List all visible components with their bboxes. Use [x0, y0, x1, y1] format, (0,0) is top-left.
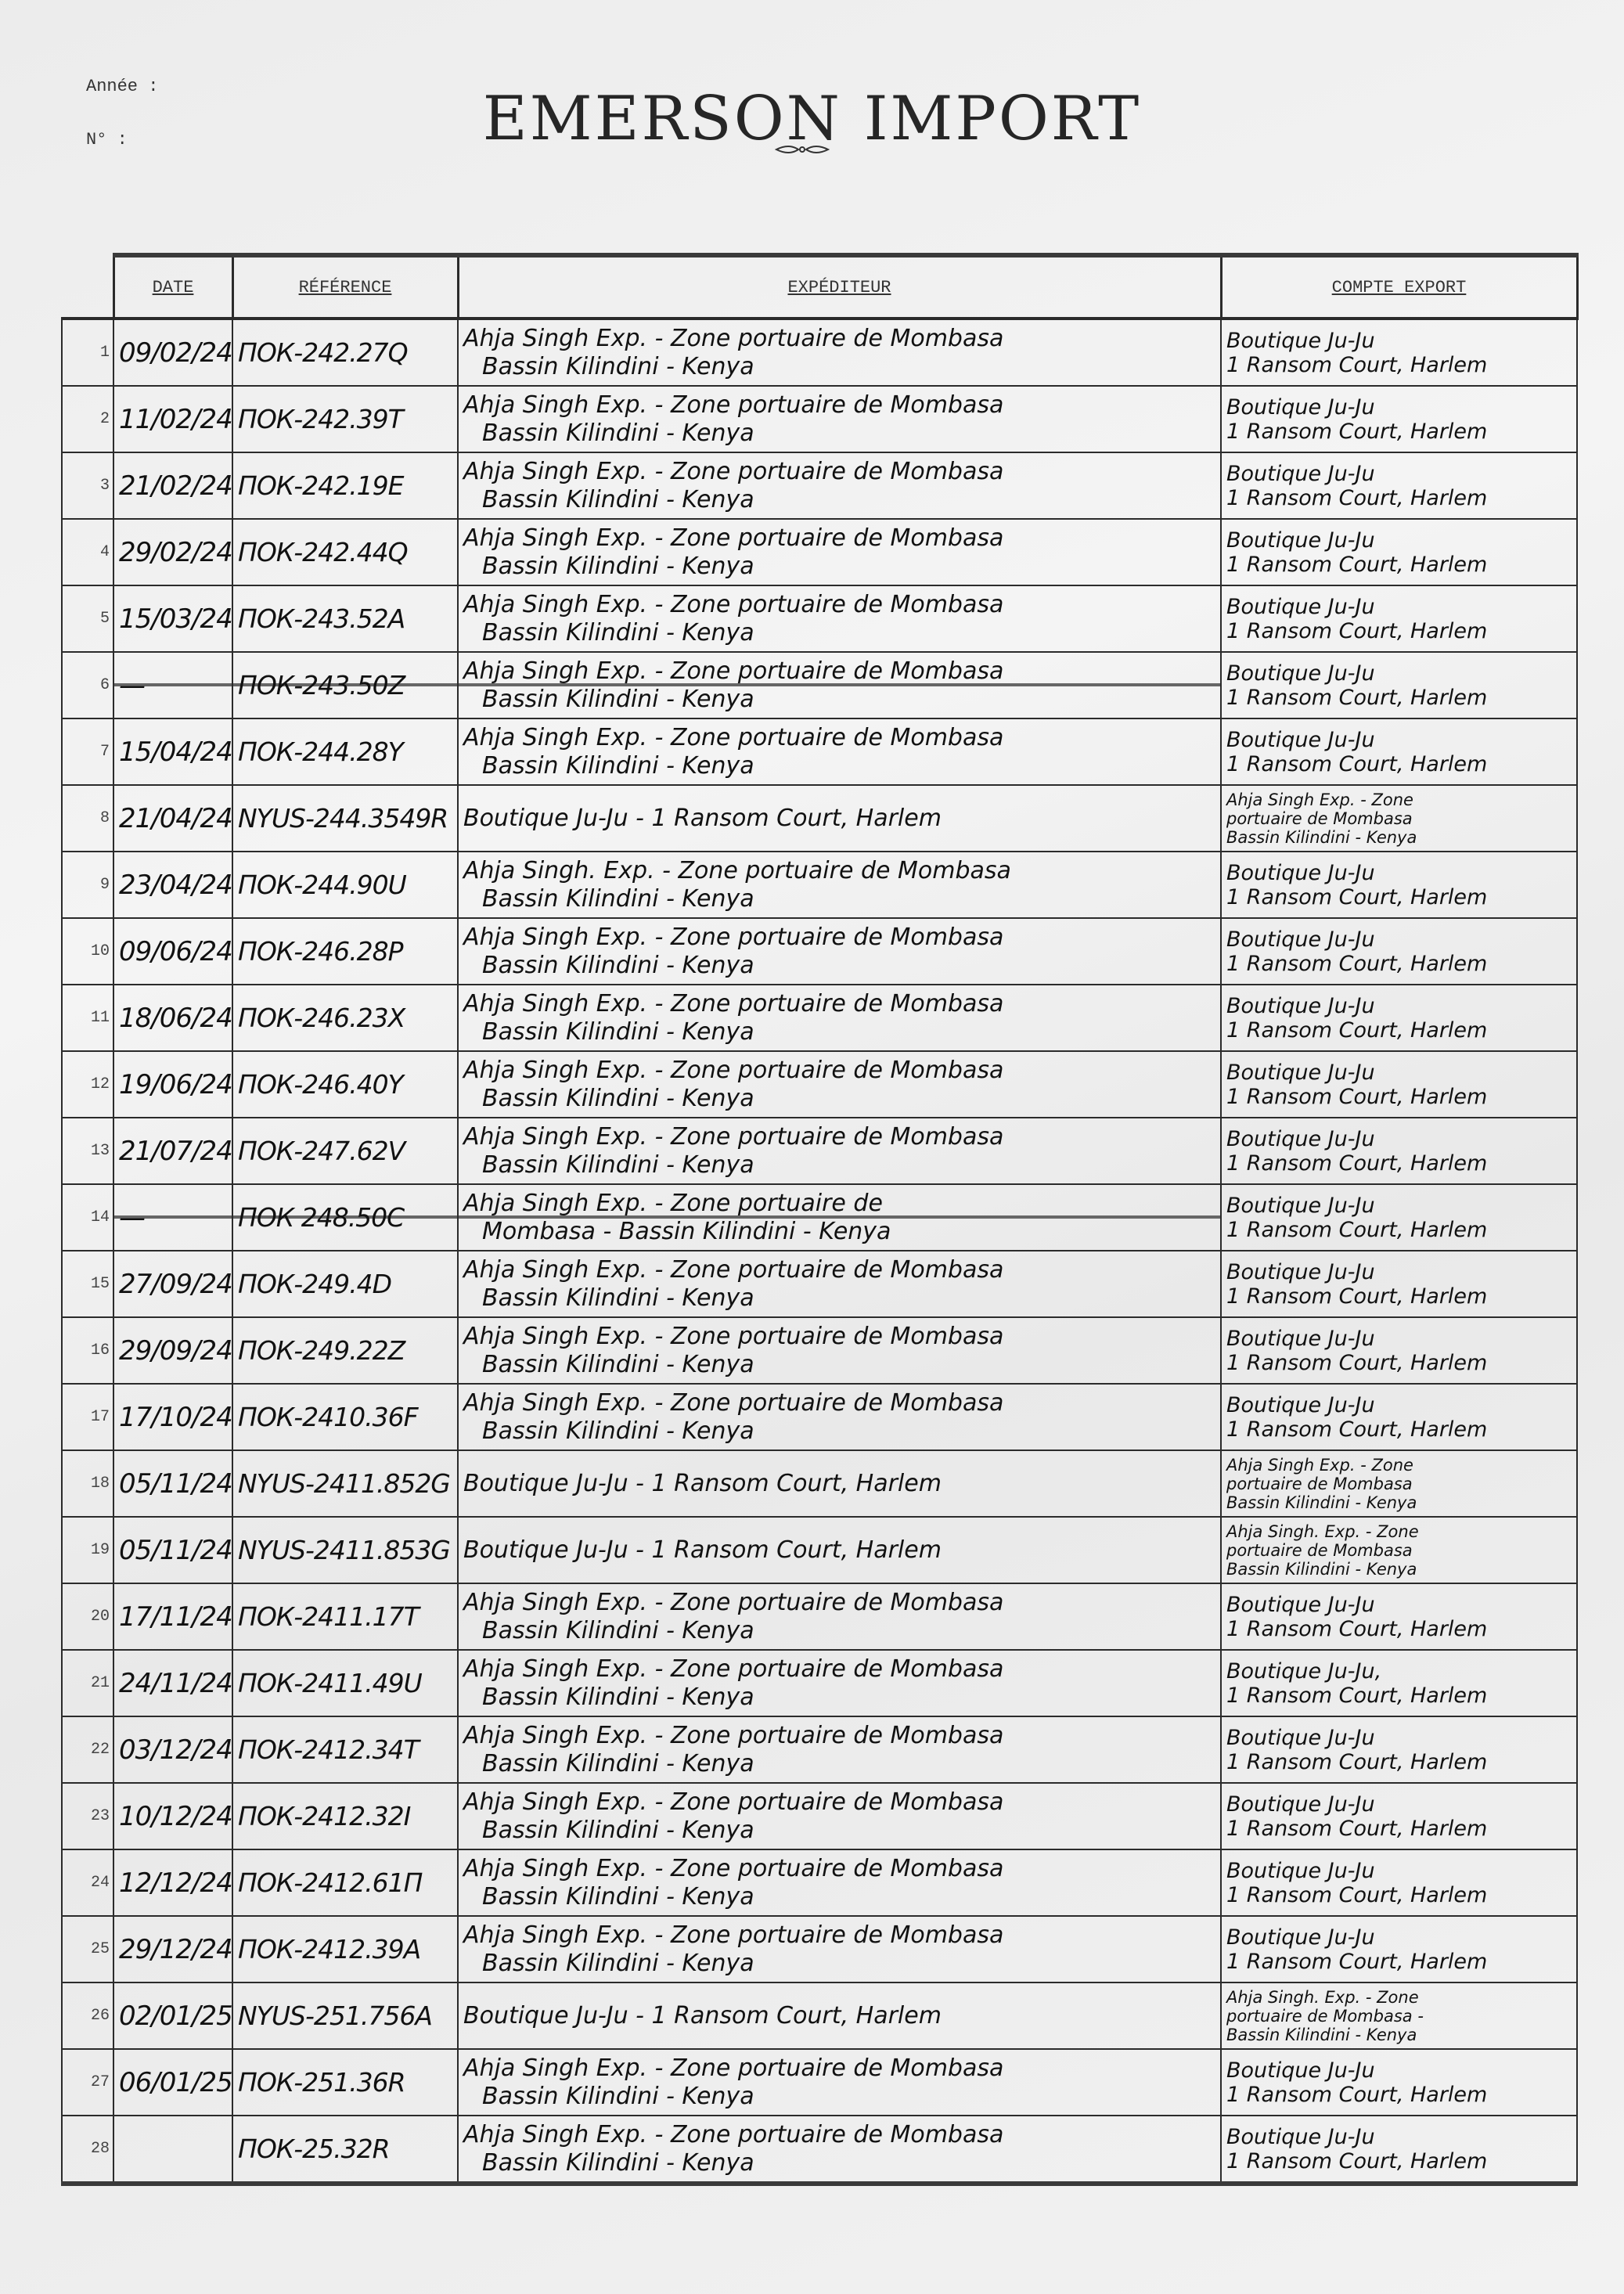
row-number: 21 — [62, 1650, 113, 1716]
row-reference: ПОК-242.27Q — [232, 319, 458, 386]
row-date: 03/12/24 — [113, 1716, 232, 1783]
row-number: 22 — [62, 1716, 113, 1783]
row-date: 12/12/24 — [113, 1849, 232, 1916]
row-expediteur: Ahja Singh Exp. - Zone portuaire de Momb… — [458, 918, 1221, 985]
row-date: — — [113, 652, 232, 718]
row-reference: ПОК-246.28P — [232, 918, 458, 985]
expediteur-line-2: Bassin Kilindini - Kenya — [463, 1284, 1215, 1313]
row-expediteur: Ahja Singh Exp. - Zone portuaire de Momb… — [458, 1849, 1221, 1916]
expediteur-line-1: Ahja Singh. Exp. - Zone portuaire de Mom… — [463, 857, 1011, 884]
row-date: 15/03/24 — [113, 585, 232, 652]
row-expediteur: Ahja Singh Exp. - Zone portuaire de Momb… — [458, 1251, 1221, 1317]
row-date: 24/11/24 — [113, 1650, 232, 1716]
table-row: 2412/12/24ПОК-2412.61ПAhja Singh Exp. - … — [62, 1849, 1577, 1916]
expediteur-line-2: Bassin Kilindini - Kenya — [463, 2149, 1215, 2177]
row-date: 05/11/24 — [113, 1517, 232, 1583]
row-number: 8 — [62, 785, 113, 852]
row-compte-export: Boutique Ju-Ju 1 Ransom Court, Harlem — [1221, 1051, 1577, 1118]
expediteur-line-1: Ahja Singh Exp. - Zone portuaire de Momb… — [463, 2121, 1003, 2148]
row-compte-export: Boutique Ju-Ju 1 Ransom Court, Harlem — [1221, 585, 1577, 652]
row-date — [113, 2116, 232, 2184]
row-date: 15/04/24 — [113, 718, 232, 785]
expediteur-line-2: Bassin Kilindini - Kenya — [463, 1617, 1215, 1645]
row-expediteur: Ahja Singh Exp. - Zone portuaire de Momb… — [458, 1051, 1221, 1118]
row-reference: ПОК-243.50Z — [232, 652, 458, 718]
row-compte-export: Boutique Ju-Ju 1 Ransom Court, Harlem — [1221, 985, 1577, 1051]
expediteur-line-1: Ahja Singh Exp. - Zone portuaire de Momb… — [463, 1655, 1003, 1683]
row-reference: ПОК-2411.17T — [232, 1583, 458, 1650]
row-date: 05/11/24 — [113, 1450, 232, 1517]
row-number: 3 — [62, 452, 113, 519]
row-number: 2 — [62, 386, 113, 452]
table-row: 429/02/24ПОК-242.44QAhja Singh Exp. - Zo… — [62, 519, 1577, 585]
expediteur-line-2: Bassin Kilindini - Kenya — [463, 885, 1215, 913]
expediteur-line-2: Mombasa - Bassin Kilindini - Kenya — [463, 1218, 1215, 1246]
row-date: 29/02/24 — [113, 519, 232, 585]
expediteur-line-1: Boutique Ju-Ju - 1 Ransom Court, Harlem — [463, 1536, 942, 1564]
row-number: 23 — [62, 1783, 113, 1849]
table-row: 1009/06/24ПОК-246.28PAhja Singh Exp. - Z… — [62, 918, 1577, 985]
row-compte-export: Ahja Singh Exp. - Zone portuaire de Momb… — [1221, 1450, 1577, 1517]
row-compte-export: Boutique Ju-Ju 1 Ransom Court, Harlem — [1221, 1118, 1577, 1184]
row-compte-export: Boutique Ju-Ju 1 Ransom Court, Harlem — [1221, 519, 1577, 585]
table-row: 2706/01/25ПОК-251.36RAhja Singh Exp. - Z… — [62, 2049, 1577, 2116]
row-number: 7 — [62, 718, 113, 785]
row-expediteur: Boutique Ju-Ju - 1 Ransom Court, Harlem — [458, 1517, 1221, 1583]
row-number: 17 — [62, 1384, 113, 1450]
expediteur-line-1: Ahja Singh Exp. - Zone portuaire de Momb… — [463, 1921, 1003, 1949]
expediteur-line-1: Ahja Singh Exp. - Zone portuaire de Momb… — [463, 724, 1003, 751]
row-expediteur: Ahja Singh Exp. - Zone portuaire de Momb… — [458, 1916, 1221, 1982]
table-row: 1219/06/24ПОК-246.40YAhja Singh Exp. - Z… — [62, 1051, 1577, 1118]
table-row: 821/04/24NYUS-244.3549RBoutique Ju-Ju - … — [62, 785, 1577, 852]
row-compte-export: Boutique Ju-Ju 1 Ransom Court, Harlem — [1221, 652, 1577, 718]
table-row: 1118/06/24ПОК-246.23XAhja Singh Exp. - Z… — [62, 985, 1577, 1051]
table-row: 2017/11/24ПОК-2411.17TAhja Singh Exp. - … — [62, 1583, 1577, 1650]
row-date: 29/12/24 — [113, 1916, 232, 1982]
row-expediteur: Ahja Singh Exp. - Zone portuaire de Momb… — [458, 1118, 1221, 1184]
row-number: 9 — [62, 852, 113, 918]
table-row: 1321/07/24ПОК-247.62VAhja Singh Exp. - Z… — [62, 1118, 1577, 1184]
row-expediteur: Ahja Singh Exp. - Zone portuaire de Momb… — [458, 1716, 1221, 1783]
row-expediteur: Ahja Singh Exp. - Zone portuaire de Momb… — [458, 1783, 1221, 1849]
row-compte-export: Boutique Ju-Ju 1 Ransom Court, Harlem — [1221, 1716, 1577, 1783]
expediteur-line-2: Bassin Kilindini - Kenya — [463, 1750, 1215, 1778]
row-reference: NYUS-251.756A — [232, 1982, 458, 2049]
expediteur-line-1: Ahja Singh Exp. - Zone portuaire de Momb… — [463, 391, 1003, 419]
row-expediteur: Ahja Singh. Exp. - Zone portuaire de Mom… — [458, 852, 1221, 918]
row-date: 17/10/24 — [113, 1384, 232, 1450]
ledger-body: 109/02/24ПОК-242.27QAhja Singh Exp. - Zo… — [62, 319, 1577, 2184]
row-compte-export: Boutique Ju-Ju 1 Ransom Court, Harlem — [1221, 452, 1577, 519]
expediteur-line-1: Ahja Singh Exp. - Zone portuaire de Momb… — [463, 1589, 1003, 1616]
table-header-row: DATE RÉFÉRENCE EXPÉDITEUR COMPTE EXPORT — [62, 255, 1577, 319]
expediteur-line-1: Ahja Singh Exp. - Zone portuaire de Momb… — [463, 325, 1003, 352]
expediteur-line-1: Boutique Ju-Ju - 1 Ransom Court, Harlem — [463, 2002, 942, 2029]
row-number: 15 — [62, 1251, 113, 1317]
row-date: 21/04/24 — [113, 785, 232, 852]
row-number: 1 — [62, 319, 113, 386]
row-compte-export: Boutique Ju-Ju 1 Ransom Court, Harlem — [1221, 852, 1577, 918]
row-reference: ПОК-243.52A — [232, 585, 458, 652]
row-date: 18/06/24 — [113, 985, 232, 1051]
row-compte-export: Boutique Ju-Ju 1 Ransom Court, Harlem — [1221, 2116, 1577, 2184]
row-compte-export: Boutique Ju-Ju 1 Ransom Court, Harlem — [1221, 1317, 1577, 1384]
expediteur-line-2: Bassin Kilindini - Kenya — [463, 1151, 1215, 1179]
expediteur-line-1: Ahja Singh Exp. - Zone portuaire de Momb… — [463, 2055, 1003, 2082]
row-compte-export: Boutique Ju-Ju 1 Ransom Court, Harlem — [1221, 319, 1577, 386]
row-date: 23/04/24 — [113, 852, 232, 918]
table-row: 2310/12/24ПОК-2412.32IAhja Singh Exp. - … — [62, 1783, 1577, 1849]
expediteur-line-1: Ahja Singh Exp. - Zone portuaire de Momb… — [463, 657, 1003, 685]
row-reference: ПОК-242.39T — [232, 386, 458, 452]
expediteur-line-1: Ahja Singh Exp. - Zone portuaire de Momb… — [463, 990, 1003, 1017]
expediteur-line-2: Bassin Kilindini - Kenya — [463, 2083, 1215, 2111]
row-reference: ПОК-249.22Z — [232, 1317, 458, 1384]
row-expediteur: Ahja Singh Exp. - Zone portuaire de Momb… — [458, 386, 1221, 452]
expediteur-line-2: Bassin Kilindini - Kenya — [463, 1684, 1215, 1712]
row-reference: ПОК-247.62V — [232, 1118, 458, 1184]
expediteur-line-1: Ahja Singh Exp. - Zone portuaire de Momb… — [463, 1722, 1003, 1749]
expediteur-line-2: Bassin Kilindini - Kenya — [463, 1950, 1215, 1978]
row-compte-export: Boutique Ju-Ju 1 Ransom Court, Harlem — [1221, 386, 1577, 452]
expediteur-line-1: Ahja Singh Exp. - Zone portuaire de Momb… — [463, 1788, 1003, 1816]
expediteur-line-1: Ahja Singh Exp. - Zone portuaire de — [463, 1190, 883, 1217]
row-compte-export: Boutique Ju-Ju 1 Ransom Court, Harlem — [1221, 1251, 1577, 1317]
row-expediteur: Ahja Singh Exp. - Zone portuaire deMomba… — [458, 1184, 1221, 1251]
row-number: 19 — [62, 1517, 113, 1583]
table-row: 2529/12/24ПОК-2412.39AAhja Singh Exp. - … — [62, 1916, 1577, 1982]
row-date: 02/01/25 — [113, 1982, 232, 2049]
expediteur-line-2: Bassin Kilindini - Kenya — [463, 553, 1215, 581]
expediteur-line-2: Bassin Kilindini - Kenya — [463, 1351, 1215, 1379]
column-header-compte-export: COMPTE EXPORT — [1221, 255, 1577, 319]
row-number: 6 — [62, 652, 113, 718]
expediteur-line-1: Ahja Singh Exp. - Zone portuaire de Momb… — [463, 1123, 1003, 1151]
row-reference: ПОК 248.50C — [232, 1184, 458, 1251]
row-compte-export: Boutique Ju-Ju 1 Ransom Court, Harlem — [1221, 1184, 1577, 1251]
row-expediteur: Ahja Singh Exp. - Zone portuaire de Momb… — [458, 585, 1221, 652]
row-number: 5 — [62, 585, 113, 652]
row-reference: ПОК-249.4D — [232, 1251, 458, 1317]
row-expediteur: Ahja Singh Exp. - Zone portuaire de Momb… — [458, 985, 1221, 1051]
row-reference: ПОК-2411.49U — [232, 1650, 458, 1716]
column-header-reference: RÉFÉRENCE — [232, 255, 458, 319]
row-expediteur: Ahja Singh Exp. - Zone portuaire de Momb… — [458, 1583, 1221, 1650]
table-row: 2124/11/24ПОК-2411.49UAhja Singh Exp. - … — [62, 1650, 1577, 1716]
row-expediteur: Ahja Singh Exp. - Zone portuaire de Momb… — [458, 2049, 1221, 2116]
row-number-header — [62, 255, 113, 319]
column-header-expediteur: EXPÉDITEUR — [458, 255, 1221, 319]
row-date: 06/01/25 — [113, 2049, 232, 2116]
row-reference: ПОК-244.28Y — [232, 718, 458, 785]
expediteur-line-2: Bassin Kilindini - Kenya — [463, 353, 1215, 381]
row-date: 10/12/24 — [113, 1783, 232, 1849]
row-number: 12 — [62, 1051, 113, 1118]
row-compte-export: Boutique Ju-Ju 1 Ransom Court, Harlem — [1221, 1916, 1577, 1982]
expediteur-line-1: Ahja Singh Exp. - Zone portuaire de Momb… — [463, 1256, 1003, 1284]
expediteur-line-2: Bassin Kilindini - Kenya — [463, 1085, 1215, 1113]
expediteur-line-2: Bassin Kilindini - Kenya — [463, 1883, 1215, 1911]
row-number: 18 — [62, 1450, 113, 1517]
row-reference: ПОК-25.32R — [232, 2116, 458, 2184]
expediteur-line-1: Ahja Singh Exp. - Zone portuaire de Momb… — [463, 1323, 1003, 1350]
row-date: — — [113, 1184, 232, 1251]
expediteur-line-1: Boutique Ju-Ju - 1 Ransom Court, Harlem — [463, 805, 942, 832]
table-row: 1905/11/24NYUS-2411.853GBoutique Ju-Ju -… — [62, 1517, 1577, 1583]
row-date: 17/11/24 — [113, 1583, 232, 1650]
row-expediteur: Ahja Singh Exp. - Zone portuaire de Momb… — [458, 1384, 1221, 1450]
table-row: 1629/09/24ПОК-249.22ZAhja Singh Exp. - Z… — [62, 1317, 1577, 1384]
expediteur-line-2: Bassin Kilindini - Kenya — [463, 486, 1215, 514]
table-row: 109/02/24ПОК-242.27QAhja Singh Exp. - Zo… — [62, 319, 1577, 386]
table-row: 211/02/24ПОК-242.39TAhja Singh Exp. - Zo… — [62, 386, 1577, 452]
row-reference: ПОК-2410.36F — [232, 1384, 458, 1450]
row-expediteur: Ahja Singh Exp. - Zone portuaire de Momb… — [458, 319, 1221, 386]
row-reference: ПОК-244.90U — [232, 852, 458, 918]
row-compte-export: Boutique Ju-Ju 1 Ransom Court, Harlem — [1221, 1583, 1577, 1650]
scroll-ornament-icon — [775, 143, 830, 156]
row-compte-export: Ahja Singh Exp. - Zone portuaire de Momb… — [1221, 785, 1577, 852]
import-ledger-table: DATE RÉFÉRENCE EXPÉDITEUR COMPTE EXPORT … — [61, 253, 1579, 2186]
row-date: 19/06/24 — [113, 1051, 232, 1118]
table-row: 2602/01/25NYUS-251.756ABoutique Ju-Ju - … — [62, 1982, 1577, 2049]
row-number: 25 — [62, 1916, 113, 1982]
row-compte-export: Boutique Ju-Ju 1 Ransom Court, Harlem — [1221, 918, 1577, 985]
expediteur-line-2: Bassin Kilindini - Kenya — [463, 752, 1215, 780]
row-number: 24 — [62, 1849, 113, 1916]
row-date: 21/02/24 — [113, 452, 232, 519]
row-compte-export: Ahja Singh. Exp. - Zone portuaire de Mom… — [1221, 1517, 1577, 1583]
expediteur-line-1: Ahja Singh Exp. - Zone portuaire de Momb… — [463, 524, 1003, 552]
row-reference: ПОК-246.23X — [232, 985, 458, 1051]
table-row: 515/03/24ПОК-243.52AAhja Singh Exp. - Zo… — [62, 585, 1577, 652]
row-number: 14 — [62, 1184, 113, 1251]
table-row: 1527/09/24ПОК-249.4DAhja Singh Exp. - Zo… — [62, 1251, 1577, 1317]
row-expediteur: Ahja Singh Exp. - Zone portuaire de Momb… — [458, 452, 1221, 519]
expediteur-line-2: Bassin Kilindini - Kenya — [463, 619, 1215, 647]
row-reference: ПОК-2412.34T — [232, 1716, 458, 1783]
row-expediteur: Ahja Singh Exp. - Zone portuaire de Momb… — [458, 2116, 1221, 2184]
row-compte-export: Boutique Ju-Ju 1 Ransom Court, Harlem — [1221, 1849, 1577, 1916]
expediteur-line-1: Ahja Singh Exp. - Zone portuaire de Momb… — [463, 1855, 1003, 1882]
row-number: 13 — [62, 1118, 113, 1184]
row-expediteur: Boutique Ju-Ju - 1 Ransom Court, Harlem — [458, 785, 1221, 852]
row-reference: ПОК-2412.61П — [232, 1849, 458, 1916]
row-date: 27/09/24 — [113, 1251, 232, 1317]
table-row: 1717/10/24ПОК-2410.36FAhja Singh Exp. - … — [62, 1384, 1577, 1450]
row-reference: ПОК-242.19E — [232, 452, 458, 519]
row-number: 26 — [62, 1982, 113, 2049]
table-row: 1805/11/24NYUS-2411.852GBoutique Ju-Ju -… — [62, 1450, 1577, 1517]
row-expediteur: Ahja Singh Exp. - Zone portuaire de Momb… — [458, 1317, 1221, 1384]
expediteur-line-2: Bassin Kilindini - Kenya — [463, 1817, 1215, 1845]
table-row: 715/04/24ПОК-244.28YAhja Singh Exp. - Zo… — [62, 718, 1577, 785]
row-compte-export: Boutique Ju-Ju 1 Ransom Court, Harlem — [1221, 1783, 1577, 1849]
expediteur-line-1: Ahja Singh Exp. - Zone portuaire de Momb… — [463, 1057, 1003, 1084]
row-number: 4 — [62, 519, 113, 585]
row-reference: ПОК-2412.32I — [232, 1783, 458, 1849]
column-header-date: DATE — [113, 255, 232, 319]
row-expediteur: Boutique Ju-Ju - 1 Ransom Court, Harlem — [458, 1982, 1221, 2049]
row-compte-export: Boutique Ju-Ju 1 Ransom Court, Harlem — [1221, 718, 1577, 785]
expediteur-line-1: Ahja Singh Exp. - Zone portuaire de Momb… — [463, 924, 1003, 951]
row-date: 09/02/24 — [113, 319, 232, 386]
expediteur-line-2: Bassin Kilindini - Kenya — [463, 1417, 1215, 1446]
expediteur-line-1: Ahja Singh Exp. - Zone portuaire de Momb… — [463, 458, 1003, 485]
expediteur-line-2: Bassin Kilindini - Kenya — [463, 1018, 1215, 1046]
row-number: 10 — [62, 918, 113, 985]
table-row: 28ПОК-25.32RAhja Singh Exp. - Zone portu… — [62, 2116, 1577, 2184]
row-reference: ПОК-251.36R — [232, 2049, 458, 2116]
row-compte-export: Ahja Singh. Exp. - Zone portuaire de Mom… — [1221, 1982, 1577, 2049]
row-expediteur: Boutique Ju-Ju - 1 Ransom Court, Harlem — [458, 1450, 1221, 1517]
row-reference: NYUS-2411.852G — [232, 1450, 458, 1517]
table-row: 6—ПОК-243.50ZAhja Singh Exp. - Zone port… — [62, 652, 1577, 718]
row-number: 16 — [62, 1317, 113, 1384]
row-number: 11 — [62, 985, 113, 1051]
expediteur-line-2: Bassin Kilindini - Kenya — [463, 686, 1215, 714]
row-reference: ПОК-246.40Y — [232, 1051, 458, 1118]
expediteur-line-1: Boutique Ju-Ju - 1 Ransom Court, Harlem — [463, 1470, 942, 1497]
row-compte-export: Boutique Ju-Ju, 1 Ransom Court, Harlem — [1221, 1650, 1577, 1716]
row-date: 09/06/24 — [113, 918, 232, 985]
row-number: 27 — [62, 2049, 113, 2116]
row-expediteur: Ahja Singh Exp. - Zone portuaire de Momb… — [458, 519, 1221, 585]
expediteur-line-2: Bassin Kilindini - Kenya — [463, 420, 1215, 448]
row-expediteur: Ahja Singh Exp. - Zone portuaire de Momb… — [458, 718, 1221, 785]
expediteur-line-1: Ahja Singh Exp. - Zone portuaire de Momb… — [463, 1389, 1003, 1417]
expediteur-line-2: Bassin Kilindini - Kenya — [463, 952, 1215, 980]
row-date: 11/02/24 — [113, 386, 232, 452]
row-expediteur: Ahja Singh Exp. - Zone portuaire de Momb… — [458, 1650, 1221, 1716]
row-date: 21/07/24 — [113, 1118, 232, 1184]
row-date: 29/09/24 — [113, 1317, 232, 1384]
row-expediteur: Ahja Singh Exp. - Zone portuaire de Momb… — [458, 652, 1221, 718]
row-reference: NYUS-244.3549R — [232, 785, 458, 852]
row-reference: ПОК-242.44Q — [232, 519, 458, 585]
row-reference: NYUS-2411.853G — [232, 1517, 458, 1583]
row-reference: ПОК-2412.39A — [232, 1916, 458, 1982]
table-row: 923/04/24ПОК-244.90UAhja Singh. Exp. - Z… — [62, 852, 1577, 918]
row-compte-export: Boutique Ju-Ju 1 Ransom Court, Harlem — [1221, 2049, 1577, 2116]
row-number: 20 — [62, 1583, 113, 1650]
table-row: 321/02/24ПОК-242.19EAhja Singh Exp. - Zo… — [62, 452, 1577, 519]
row-compte-export: Boutique Ju-Ju 1 Ransom Court, Harlem — [1221, 1384, 1577, 1450]
expediteur-line-1: Ahja Singh Exp. - Zone portuaire de Momb… — [463, 591, 1003, 618]
row-number: 28 — [62, 2116, 113, 2184]
table-row: 2203/12/24ПОК-2412.34TAhja Singh Exp. - … — [62, 1716, 1577, 1783]
table-row: 14—ПОК 248.50CAhja Singh Exp. - Zone por… — [62, 1184, 1577, 1251]
